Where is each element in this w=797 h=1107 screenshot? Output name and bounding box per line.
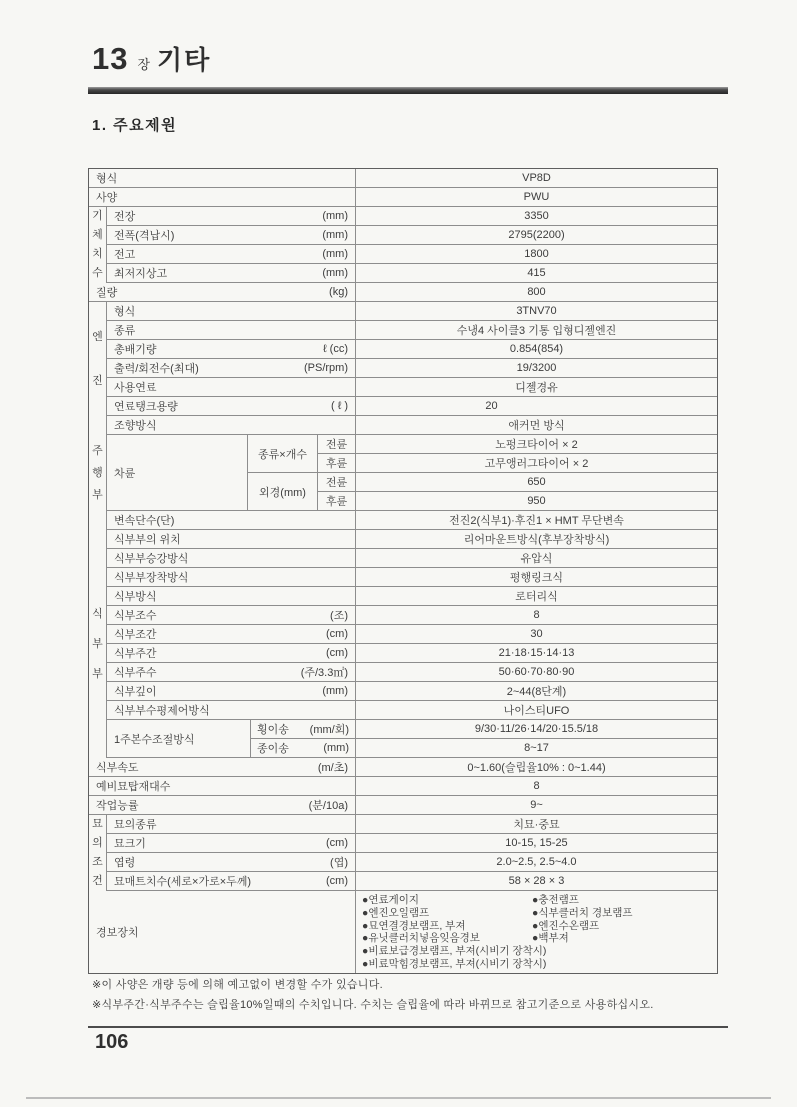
alarm-line-5: ●비료보급경보램프, 부져(시비기 장착시)	[362, 945, 715, 957]
work-rate-label: 작업능률	[96, 797, 139, 813]
alarm-item-water-temp-lamp: ●엔진수온램프	[532, 920, 715, 932]
fuel-label: 사용연료	[114, 379, 157, 395]
row-mat-size: 묘매트치수(세로×가로×두께) (cm) 58 × 28 × 3	[107, 872, 717, 891]
spec-table: 형식 VP8D 사양 PWU 기체치수 전장 (mm) 3350	[88, 168, 718, 974]
alarm-line-6: ●비료막힘경보램프, 부져(시비기 장착시)	[362, 958, 715, 970]
chapter-rule	[88, 87, 728, 94]
planting-mount-label: 식부부장착방식	[114, 569, 188, 585]
row-engine-model: 형식 3TNV70	[107, 302, 717, 321]
lateral-feed-value: 9/30·11/26·14/20·15.5/18	[356, 720, 717, 738]
longitudinal-feed-unit: (mm)	[323, 742, 349, 754]
wheel-front-label2: 전륜	[326, 474, 347, 490]
planting-group-label-cell: 식부부	[89, 530, 107, 758]
chapter-marker: 장	[137, 54, 150, 73]
alarm-item-fuel-gauge: ●연료게이지	[362, 894, 532, 906]
planting-depth-label: 식부깊이	[114, 683, 157, 699]
model-value: VP8D	[356, 169, 717, 187]
planting-method-value: 로터리식	[356, 587, 717, 605]
alarm-item-charge-lamp: ●충전램프	[532, 894, 715, 906]
row-steering: 조향방식 애커먼 방식	[107, 416, 717, 435]
mat-size-value: 58 × 28 × 3	[356, 872, 717, 890]
alarm-item-clutch-lamp: ●식부클러치 경보램프	[532, 907, 715, 919]
reserve-seedling-label: 예비묘탑재대수	[96, 778, 170, 794]
row-planting-rows: 식부조수 (조) 8	[107, 606, 717, 625]
variant-value: PWU	[356, 188, 717, 206]
hills-per-area-unit: (주/3.3㎡)	[301, 664, 348, 680]
row-tank: 연료탱크용량 ( ℓ ) 20	[107, 397, 717, 416]
clearance-unit: (mm)	[322, 267, 348, 279]
alarm-item-oil-lamp: ●엔진오일램프	[362, 907, 532, 919]
work-rate-value: 9~	[356, 796, 717, 814]
planting-lift-value: 유압식	[356, 549, 717, 567]
row-wheels: 차륜 종류×개수 전륜 노펑크타이어 × 2 후륜	[107, 435, 717, 511]
weight-value: 800	[356, 283, 717, 301]
displacement-unit: ℓ (cc)	[323, 343, 348, 355]
leveling-label: 식부부수평제어방식	[114, 702, 210, 718]
tank-unit: ( ℓ )	[331, 400, 348, 412]
group-engine: 엔진 형식 3TNV70 종류 수냉4 사이클3 기통 입형디젤엔진 총배기량 …	[89, 302, 717, 416]
row-spacing-unit: (cm)	[326, 628, 348, 640]
row-model: 형식 VP8D	[89, 169, 717, 188]
variant-label-cell: 사양	[89, 188, 356, 206]
row-displacement: 총배기량 ℓ (cc) 0.854(854)	[107, 340, 717, 359]
leaf-age-unit: (엽)	[330, 854, 348, 870]
wheel-label: 차륜	[114, 465, 135, 481]
wheel-diameter-label: 외경(mm)	[259, 484, 306, 500]
displacement-label: 총배기량	[114, 341, 157, 357]
length-label: 전장	[114, 208, 135, 224]
width-value: 2795(2200)	[356, 226, 717, 244]
alarm-item-back-buzzer: ●백부져	[532, 932, 715, 944]
alarm-line-4: ●유닛클러치넣음잊음경보 ●백부져	[362, 932, 715, 944]
displacement-value: 0.854(854)	[356, 340, 717, 358]
footnote-2: ※식부주간·식부주수는 슬립율10%일때의 수치입니다. 수치는 슬립율에 따라…	[92, 995, 654, 1015]
height-value: 1800	[356, 245, 717, 263]
footnote-1: ※이 사양은 개량 등에 의해 예고없이 변경할 수가 있습니다.	[92, 975, 654, 995]
chapter-number: 13	[92, 41, 128, 77]
row-width: 전폭(격납시) (mm) 2795(2200)	[107, 226, 717, 245]
wheel-diameter-rear-value: 950	[356, 492, 717, 510]
engine-type-value: 수냉4 사이클3 기통 입형디젤엔진	[356, 321, 717, 339]
hills-per-area-value: 50·60·70·80·90	[356, 663, 717, 681]
row-row-spacing: 식부조간 (cm) 30	[107, 625, 717, 644]
planting-rows-label: 식부조수	[114, 607, 157, 623]
work-rate-unit: (분/10a)	[309, 797, 348, 813]
alarm-item-fertilizer-supply: ●비료보급경보램프, 부져(시비기 장착시)	[362, 945, 546, 957]
row-leaf-age: 엽령 (엽) 2.0~2.5, 2.5~4.0	[107, 853, 717, 872]
wheel-type-label: 종류×개수	[258, 446, 307, 462]
weight-label: 질량	[96, 284, 117, 300]
longitudinal-feed-value: 8~17	[356, 739, 717, 757]
tank-value: 20	[356, 397, 717, 415]
alarm-line-3: ●묘연결경보램프, 부져 ●엔진수온램프	[362, 920, 715, 932]
travel-group-label: 주행부	[92, 440, 104, 506]
row-planting-mount: 식부부장착방식 평행링크식	[107, 568, 717, 587]
mat-size-label: 묘매트치수(세로×가로×두께)	[114, 873, 251, 889]
planting-rows-value: 8	[356, 606, 717, 624]
seedling-type-value: 치묘·중묘	[356, 815, 717, 833]
group-planting: 식부부 식부부의 위치 리어마운트방식(후부장착방식) 식부부승강방식 유압식 …	[89, 530, 717, 758]
planting-method-label: 식부방식	[114, 588, 157, 604]
length-value: 3350	[356, 207, 717, 225]
lateral-feed-label: 횡이송	[257, 721, 289, 737]
planting-speed-label: 식부속도	[96, 759, 139, 775]
wheel-diameter-block: 외경(mm) 전륜 650 후륜 950	[248, 473, 717, 510]
row-planting-method: 식부방식 로터리식	[107, 587, 717, 606]
power-value: 19/3200	[356, 359, 717, 377]
wheel-diameter-front-value: 650	[356, 473, 717, 491]
row-spacing-value: 30	[356, 625, 717, 643]
dimensions-group-label: 기체치수	[92, 207, 104, 283]
group-travel: 주행부 조향방식 애커먼 방식 차륜 종류×개수 전륜	[89, 416, 717, 530]
reserve-seedling-value: 8	[356, 777, 717, 795]
row-length: 전장 (mm) 3350	[107, 207, 717, 226]
hills-per-area-label: 식부주수	[114, 664, 157, 680]
leaf-age-value: 2.0~2.5, 2.5~4.0	[356, 853, 717, 871]
planting-speed-unit: (m/초)	[318, 759, 348, 775]
row-alarm: 경보장치 ●연료게이지 ●충전램프 ●엔진오일램프 ●식부클러치 경보램프 ●묘…	[89, 891, 717, 973]
planting-rows-unit: (조)	[330, 607, 348, 623]
wheel-rear-label2: 후륜	[326, 493, 347, 509]
alarm-list: ●연료게이지 ●충전램프 ●엔진오일램프 ●식부클러치 경보램프 ●묘연결경보램…	[356, 891, 717, 973]
engine-type-label: 종류	[114, 322, 135, 338]
seedling-adjust-label: 1주본수조절방식	[114, 731, 195, 747]
hill-spacing-label: 식부주간	[114, 645, 157, 661]
planting-speed-value: 0~1.60(슬립율10% : 0~1.44)	[356, 758, 717, 776]
row-leveling: 식부부수평제어방식 나이스티UFO	[107, 701, 717, 720]
model-label: 형식	[96, 170, 117, 186]
manual-page: 13 장 기타 1. 주요제원 형식 VP8D 사양 PWU 기체치수	[0, 0, 797, 1107]
row-planting-speed: 식부속도 (m/초) 0~1.60(슬립율10% : 0~1.44)	[89, 758, 717, 777]
row-variant: 사양 PWU	[89, 188, 717, 207]
chapter-heading: 13 장 기타	[92, 40, 211, 77]
alarm-line-1: ●연료게이지 ●충전램프	[362, 894, 715, 906]
wheel-type-block: 종류×개수 전륜 노펑크타이어 × 2 후륜 고무앵러그타이어 × 2	[248, 435, 717, 473]
group-seedling: 묘의조건 묘의종류 치묘·중묘 묘크기 (cm) 10-15, 15-25 엽령	[89, 815, 717, 891]
fuel-value: 디젤경유	[356, 378, 717, 396]
alarm-item-fertilizer-clog: ●비료막힘경보램프, 부져(시비기 장착시)	[362, 958, 546, 970]
length-unit: (mm)	[322, 210, 348, 222]
alarm-label: 경보장치	[96, 924, 139, 940]
tank-label: 연료탱크용량	[114, 398, 178, 414]
wheel-front-label: 전륜	[326, 436, 347, 452]
leaf-age-label: 엽령	[114, 854, 135, 870]
seedling-size-value: 10-15, 15-25	[356, 834, 717, 852]
row-planting-position: 식부부의 위치 리어마운트방식(후부장착방식)	[107, 530, 717, 549]
planting-group-label: 식부부	[92, 599, 104, 689]
row-spacing-label: 식부조간	[114, 626, 157, 642]
engine-model-label: 형식	[114, 303, 135, 319]
row-hills-per-area: 식부주수 (주/3.3㎡) 50·60·70·80·90	[107, 663, 717, 682]
wheel-type-front-value: 노펑크타이어 × 2	[356, 435, 717, 453]
alarm-item-seedling-lamp: ●묘연결경보램프, 부져	[362, 920, 532, 932]
alarm-item-unit-clutch: ●유닛클러치넣음잊음경보	[362, 932, 532, 944]
height-unit: (mm)	[322, 248, 348, 260]
shift-label: 변속단수(단)	[114, 512, 174, 528]
seedling-size-label: 묘크기	[114, 835, 146, 851]
row-weight: 질량 (kg) 800	[89, 283, 717, 302]
leveling-value: 나이스티UFO	[356, 701, 717, 719]
row-seedling-size: 묘크기 (cm) 10-15, 15-25	[107, 834, 717, 853]
row-reserve-seedling: 예비묘탑재대수 8	[89, 777, 717, 796]
chapter-title: 기타	[157, 40, 211, 77]
mat-size-unit: (cm)	[326, 875, 348, 887]
wheel-rear-label: 후륜	[326, 455, 347, 471]
engine-group-label-cell: 엔진	[89, 302, 107, 416]
row-power: 출력/회전수(최대) (PS/rpm) 19/3200	[107, 359, 717, 378]
row-work-rate: 작업능률 (분/10a) 9~	[89, 796, 717, 815]
alarm-line-2: ●엔진오일램프 ●식부클러치 경보램프	[362, 907, 715, 919]
footnotes: ※이 사양은 개량 등에 의해 예고없이 변경할 수가 있습니다. ※식부주간·…	[92, 975, 654, 1015]
row-seedling-type: 묘의종류 치묘·중묘	[107, 815, 717, 834]
row-seedling-adjust: 1주본수조절방식 횡이송 (mm/회) 9/30·11/26·14/20·15.…	[107, 720, 717, 758]
weight-unit: (kg)	[329, 286, 348, 298]
steering-label: 조향방식	[114, 417, 157, 433]
planting-depth-value: 2~44(8단계)	[356, 682, 717, 700]
planting-lift-label: 식부부승강방식	[114, 550, 188, 566]
row-hill-spacing: 식부주간 (cm) 21·18·15·14·13	[107, 644, 717, 663]
width-label: 전폭(격납시)	[114, 227, 174, 243]
engine-group-label: 엔진	[92, 315, 104, 403]
steering-value: 애커먼 방식	[356, 416, 717, 434]
row-ground-clearance: 최저지상고 (mm) 415	[107, 264, 717, 283]
hill-spacing-unit: (cm)	[326, 647, 348, 659]
planting-mount-value: 평행링크식	[356, 568, 717, 586]
power-label: 출력/회전수(최대)	[114, 360, 199, 376]
power-unit: (PS/rpm)	[304, 362, 348, 374]
row-fuel: 사용연료 디젤경유	[107, 378, 717, 397]
longitudinal-feed-label: 종이송	[257, 740, 289, 756]
height-label: 전고	[114, 246, 135, 262]
group-dimensions: 기체치수 전장 (mm) 3350 전폭(격납시) (mm) 2795(2200…	[89, 207, 717, 283]
shift-value: 전진2(식부1)·후진1 × HMT 무단변속	[356, 511, 717, 529]
row-planting-lift: 식부부승강방식 유압식	[107, 549, 717, 568]
footer-rule	[88, 1026, 728, 1028]
planting-position-label: 식부부의 위치	[114, 531, 181, 547]
clearance-value: 415	[356, 264, 717, 282]
seedling-group-label: 묘의조건	[92, 815, 104, 891]
engine-model-value: 3TNV70	[356, 302, 717, 320]
bottom-edge-rule	[26, 1097, 771, 1099]
hill-spacing-value: 21·18·15·14·13	[356, 644, 717, 662]
seedling-size-unit: (cm)	[326, 837, 348, 849]
model-label-cell: 형식	[89, 169, 356, 187]
row-engine-type: 종류 수냉4 사이클3 기통 입형디젤엔진	[107, 321, 717, 340]
variant-label: 사양	[96, 189, 117, 205]
clearance-label: 최저지상고	[114, 265, 167, 281]
page-number: 106	[95, 1031, 128, 1054]
section-title: 1. 주요제원	[92, 114, 177, 135]
planting-depth-unit: (mm)	[322, 685, 348, 697]
row-shift: 변속단수(단) 전진2(식부1)·후진1 × HMT 무단변속	[107, 511, 717, 530]
wheel-type-rear-value: 고무앵러그타이어 × 2	[356, 454, 717, 472]
seedling-type-label: 묘의종류	[114, 816, 157, 832]
width-unit: (mm)	[322, 229, 348, 241]
dimensions-group-label-cell: 기체치수	[89, 207, 107, 283]
planting-position-value: 리어마운트방식(후부장착방식)	[356, 530, 717, 548]
row-planting-depth: 식부깊이 (mm) 2~44(8단계)	[107, 682, 717, 701]
travel-group-label-cell: 주행부	[89, 416, 107, 530]
seedling-group-label-cell: 묘의조건	[89, 815, 107, 891]
lateral-feed-unit: (mm/회)	[310, 721, 349, 737]
row-height: 전고 (mm) 1800	[107, 245, 717, 264]
